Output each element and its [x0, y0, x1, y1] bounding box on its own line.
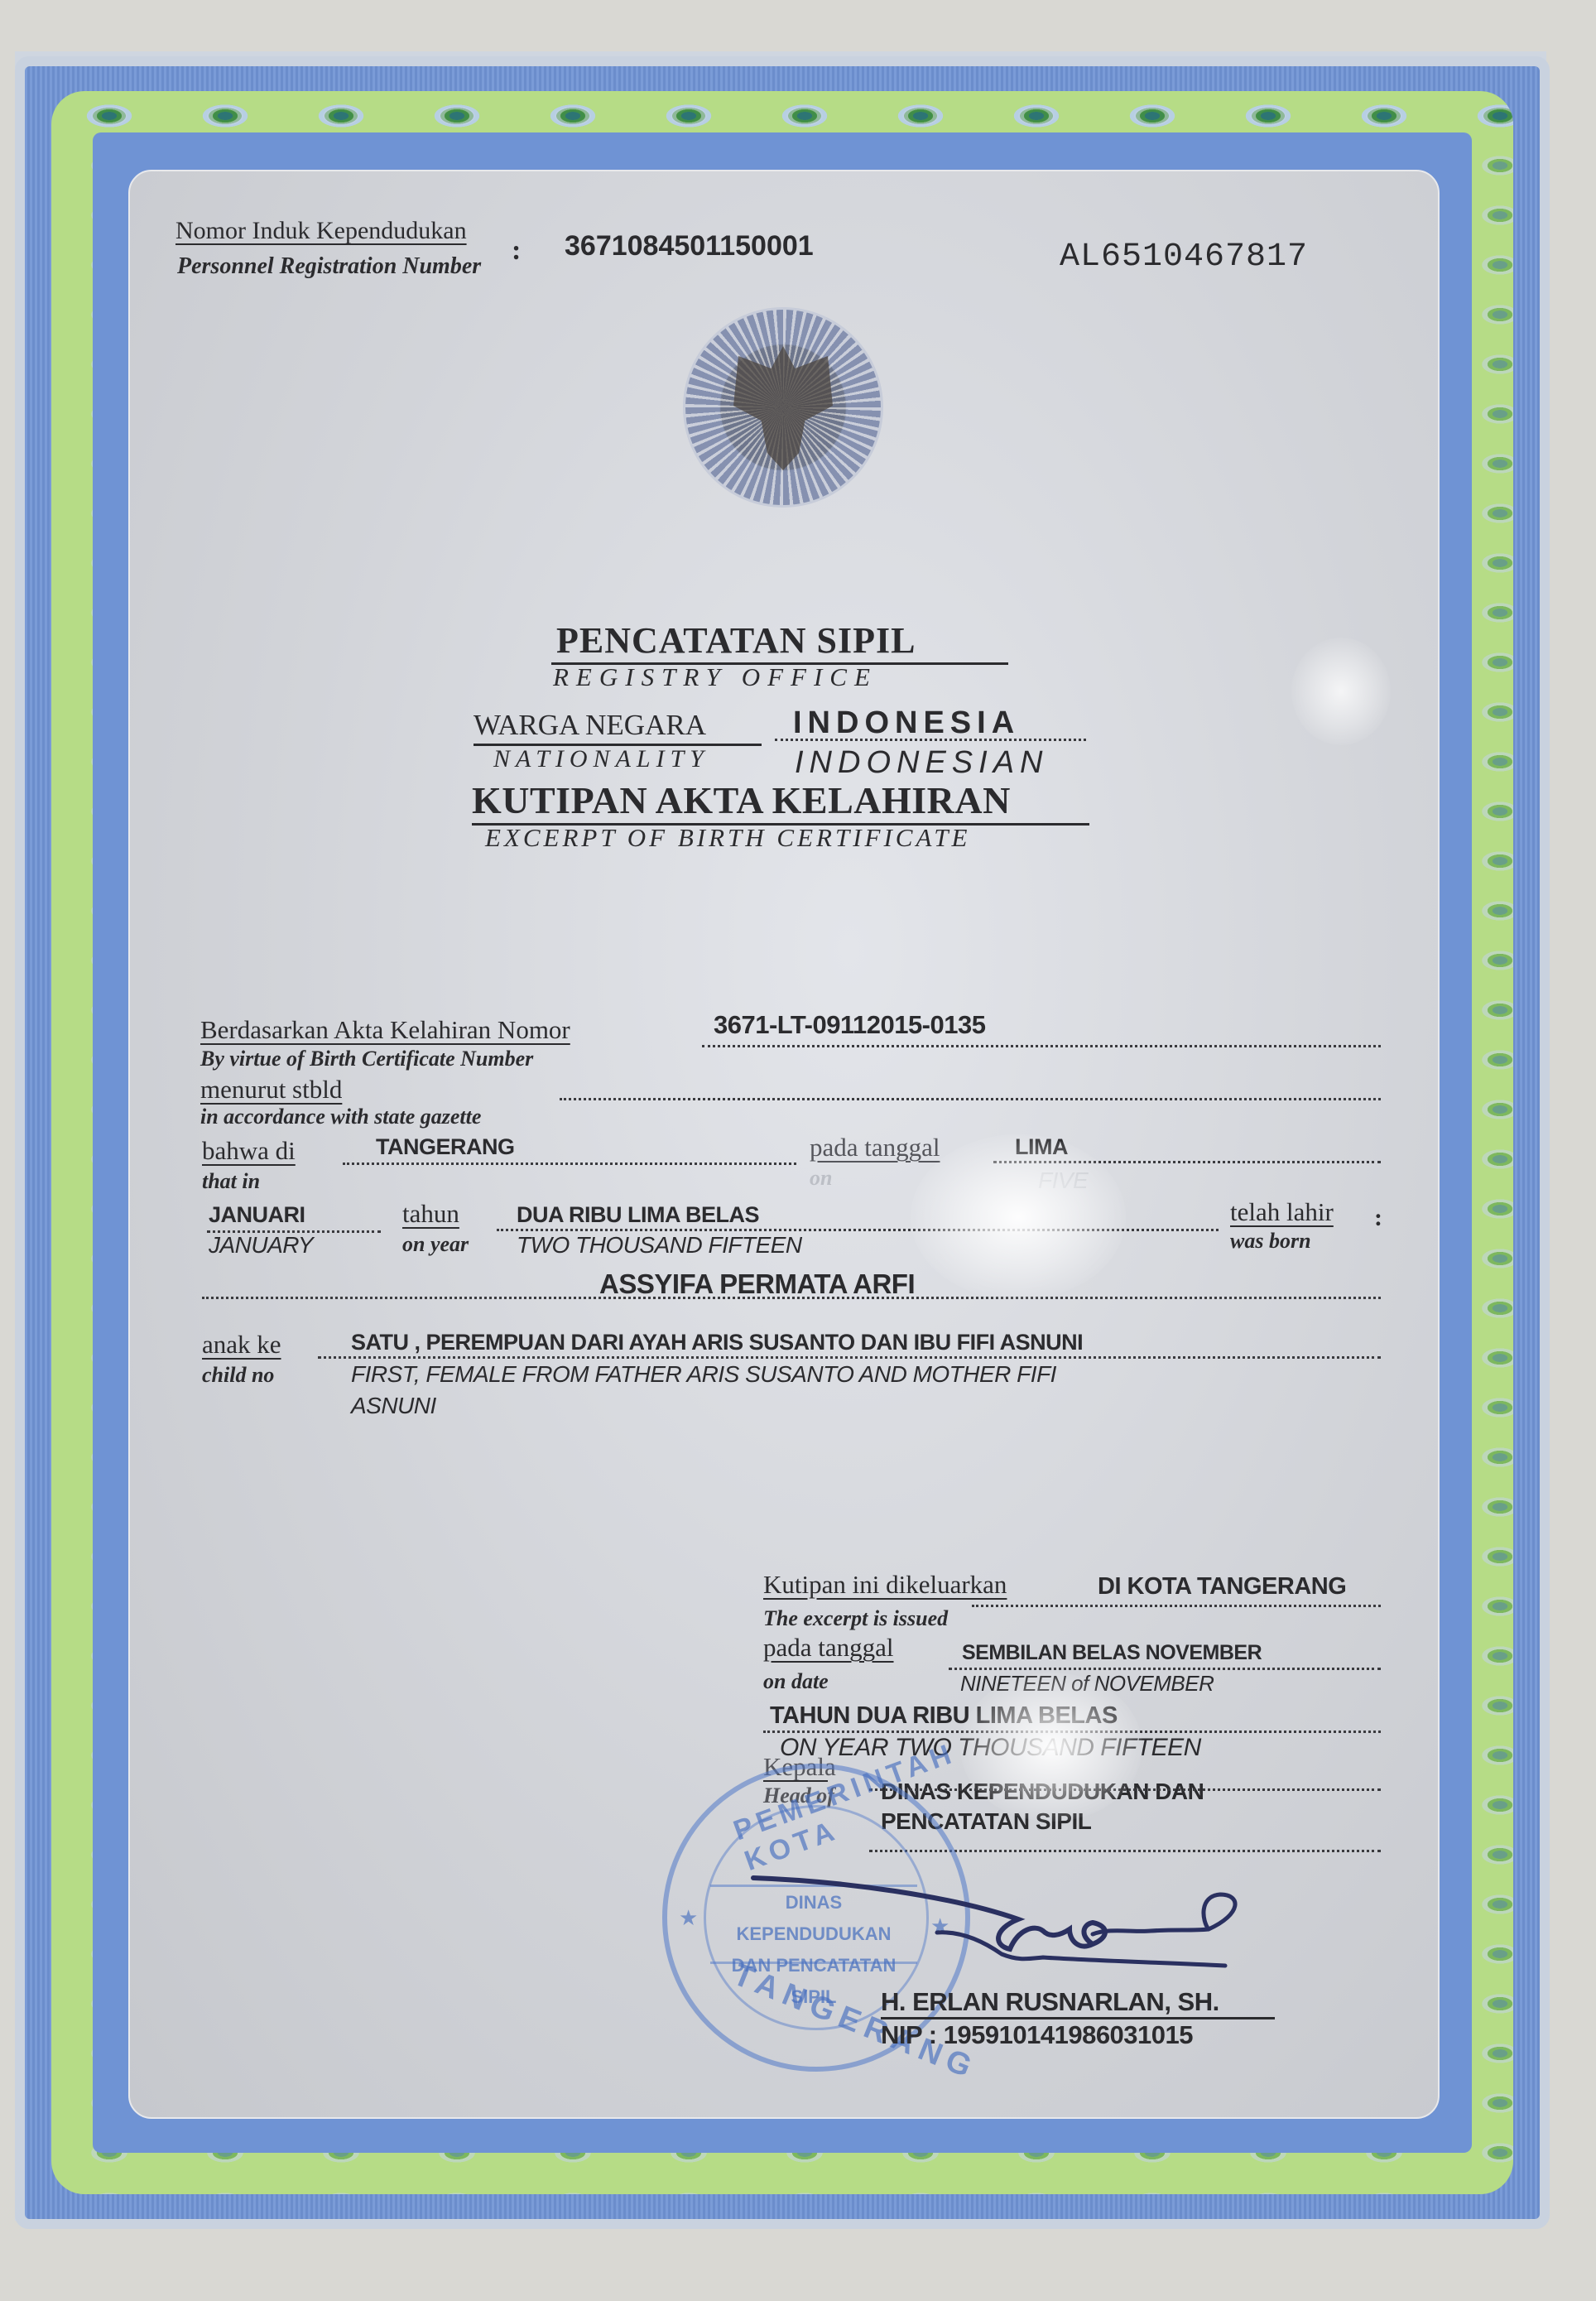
- child-no-value-en-2: ASNUNI: [351, 1393, 436, 1419]
- signature: [745, 1863, 1308, 1987]
- born-colon: :: [1374, 1204, 1382, 1232]
- title-office-en: REGISTRY OFFICE: [553, 662, 877, 692]
- nik-colon: :: [512, 235, 521, 267]
- issue-date-label-en: on date: [763, 1669, 829, 1694]
- year-value: DUA RIBU LIMA BELAS: [517, 1202, 759, 1228]
- cert-number-value: 3671-LT-09112015-0135: [714, 1010, 985, 1040]
- title-office: PENCATATAN SIPIL: [556, 619, 916, 662]
- child-no-value: SATU , PEREMPUAN DARI AYAH ARIS SUSANTO …: [351, 1330, 1083, 1355]
- child-name: ASSYIFA PERMATA ARFI: [599, 1268, 915, 1300]
- nik-label-en: Personnel Registration Number: [177, 253, 481, 280]
- nationality-value: INDONESIA: [793, 705, 1020, 741]
- date-label-en: on: [810, 1166, 832, 1191]
- cert-number-dots: [702, 1045, 1381, 1047]
- place-label-en: that in: [202, 1169, 260, 1194]
- date-label: pada tanggal: [810, 1133, 940, 1163]
- year-label-en: on year: [402, 1232, 469, 1257]
- nationality-value-en: INDONESIAN: [795, 745, 1048, 781]
- official-name: H. ERLAN RUSNARLAN, SH.: [881, 1987, 1219, 2017]
- title-document: KUTIPAN AKTA KELAHIRAN: [472, 778, 1011, 822]
- stbld-label: menurut stbld: [200, 1075, 342, 1105]
- place-dots: [343, 1163, 796, 1165]
- issue-date-label: pada tanggal: [763, 1633, 894, 1663]
- month-value-en: JANUARY: [209, 1232, 313, 1259]
- official-name-rule: [881, 2017, 1275, 2019]
- nationality-label-en: NATIONALITY: [493, 745, 709, 773]
- title-document-en: EXCERPT OF BIRTH CERTIFICATE: [485, 823, 970, 853]
- cert-number-label-en: By virtue of Birth Certificate Number: [200, 1047, 533, 1071]
- born-label: telah lahir: [1230, 1197, 1334, 1227]
- stamp-star-icon: ★: [679, 1906, 698, 1931]
- cert-number-label: Berdasarkan Akta Kelahiran Nomor: [200, 1015, 570, 1045]
- garuda-hologram-icon: [685, 310, 881, 505]
- child-name-dots: [202, 1297, 1381, 1299]
- born-label-en: was born: [1230, 1229, 1311, 1254]
- serial-number: AL6510467817: [1060, 238, 1308, 276]
- child-no-label: anak ke: [202, 1330, 281, 1360]
- nationality-label: WARGA NEGARA: [474, 709, 706, 742]
- issue-date-dots: [949, 1668, 1381, 1670]
- nationality-dots: [775, 739, 1086, 741]
- nik-value: 3671084501150001: [565, 230, 814, 262]
- child-no-label-en: child no: [202, 1363, 274, 1388]
- nik-label: Nomor Induk Kependudukan: [175, 217, 467, 245]
- issue-date-value: SEMBILAN BELAS NOVEMBER: [962, 1641, 1262, 1665]
- stbld-dots: [560, 1098, 1381, 1100]
- glare-reflection: [911, 1134, 1126, 1300]
- stbld-label-en: in accordance with state gazette: [200, 1105, 481, 1129]
- issued-place-dots: [972, 1605, 1381, 1607]
- issued-label: Kutipan ini dikeluarkan: [763, 1570, 1007, 1600]
- year-label: tahun: [402, 1199, 459, 1229]
- issued-label-en: The excerpt is issued: [763, 1606, 948, 1631]
- garuda-bird-icon: [733, 346, 833, 470]
- child-no-dots: [318, 1356, 1381, 1359]
- place-label: bahwa di: [202, 1136, 296, 1166]
- glare-reflection: [960, 1673, 1142, 1822]
- issued-place: DI KOTA TANGERANG: [1098, 1573, 1346, 1601]
- glare-reflection: [1291, 638, 1391, 745]
- place-value: TANGERANG: [376, 1134, 515, 1160]
- official-nip: NIP : 195910141986031015: [881, 2020, 1193, 2050]
- month-value: JANUARI: [209, 1202, 305, 1228]
- year-value-en: TWO THOUSAND FIFTEEN: [517, 1232, 802, 1259]
- child-no-value-en-1: FIRST, FEMALE FROM FATHER ARIS SUSANTO A…: [351, 1361, 1056, 1388]
